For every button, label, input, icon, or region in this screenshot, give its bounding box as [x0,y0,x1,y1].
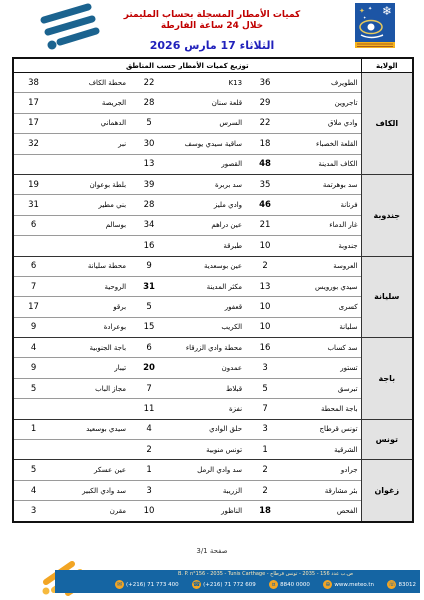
station-name-cell: سد بوهرتمة [285,174,361,194]
rain-value-cell: 7 [129,378,169,398]
station-name-cell: برقو [53,297,129,317]
rain-value-cell: 32 [13,134,53,154]
station-name-cell: سد بربرة [169,174,245,194]
station-name-cell: القلعة الخصباء [285,134,361,154]
rain-value-cell: 30 [129,134,169,154]
station-name-cell [53,154,129,174]
table-row: تستور3عمدون20تيبار9 [13,358,413,378]
table-row: سليانة10الكريب15بوعرادة9 [13,317,413,337]
footer-contact-items: ✉(+216) 71 773 400☎(+216) 71 772 609¤884… [115,580,416,589]
rain-value-cell: 10 [129,501,169,522]
station-name-cell: تاجروين [285,93,361,113]
station-name-cell: كسرى [285,297,361,317]
table-row: سيدي بورويس13مكثر المدينة31الروحية7 [13,276,413,296]
rain-value-cell: 34 [129,215,169,235]
station-name-cell: غار الدماء [285,215,361,235]
rain-value-cell: 18 [245,501,285,522]
rainfall-report-page: كميات الأمطار المسجلة بحساب المليمتر خلا… [0,0,424,600]
sms-icon: ☏ [387,580,396,589]
station-name-cell: محطة وادي الزرقاء [169,338,245,358]
rain-value-cell: 46 [245,195,285,215]
footer-contact-label: www.meteo.tn [334,582,374,588]
station-name-cell: طبرقة [169,236,245,256]
station-name-cell: سيدي بورويس [285,276,361,296]
station-name-cell: بئر مشارقة [285,480,361,500]
station-name-cell: الطويرف [285,73,361,93]
rain-value-cell: 5 [13,378,53,398]
rain-value-cell: 18 [245,134,285,154]
rain-value-cell: 6 [13,215,53,235]
footer-address: B. P. n°156 - 2035 - Tunis Carthage - ص.… [115,571,416,578]
svg-text:❄: ❄ [382,4,392,18]
rain-table-body: الكافالطويرف36K1322محطة الكاف38تاجروين29… [13,73,413,522]
rain-value-cell: 3 [245,358,285,378]
table-row: غار الدماء21عين دراهم34بوسالم6 [13,215,413,235]
rain-value-cell: 39 [129,174,169,194]
station-name-cell: الروحية [53,276,129,296]
phone-icon: ☎ [192,580,201,589]
station-name-cell: السرس [169,113,245,133]
footer-contact-item: ✉(+216) 71 773 400 [115,580,179,589]
rain-value-cell: 9 [129,256,169,276]
table-row: فرنانة46وادي مليز28بني مطير31 [13,195,413,215]
rain-value-cell: 35 [245,174,285,194]
payment-icon: ¤ [269,580,278,589]
rain-value-cell: 1 [129,460,169,480]
table-row: باجة المحطة7نفزة11 [13,399,413,419]
table-row: الكاف المدينة48القصور13 [13,154,413,174]
table-row: كسرى10قعفور5برقو17 [13,297,413,317]
table-row: تبرسق5قبلاط7مجاز الباب5 [13,378,413,398]
station-name-cell: قلعة سنان [169,93,245,113]
station-name-cell: وادي مليز [169,195,245,215]
rain-value-cell: 10 [245,317,285,337]
station-name-cell: جندوبة [285,236,361,256]
station-name-cell: بوعرادة [53,317,129,337]
station-name-cell: الجريصة [53,93,129,113]
footer-contact-label: (+216) 71 773 400 [126,582,179,588]
globe-icon: ⊕ [323,580,332,589]
station-name-cell: القصور [169,154,245,174]
table-row: الشرقية1تونس منوبية2 [13,440,413,460]
mail-icon: ✉ [115,580,124,589]
rain-value-cell: 13 [129,154,169,174]
rain-value-cell: 22 [245,113,285,133]
station-name-cell: تيبار [53,358,129,378]
station-name-cell: تونس منوبية [169,440,245,460]
station-name-cell: قعفور [169,297,245,317]
rain-value-cell: 1 [245,440,285,460]
station-name-cell: فرنانة [285,195,361,215]
station-name-cell: تبرسق [285,378,361,398]
inm-emblem-icon: ❄ ✦ ✦ ✦ [355,3,395,53]
station-name-cell: تستور [285,358,361,378]
rain-value-cell [13,399,53,419]
footer-contact-item: ☏83012 [387,580,416,589]
rain-value-cell: 29 [245,93,285,113]
rain-value-cell: 4 [13,480,53,500]
table-row: سليانةالعروسة2عين بوسعدية9محطة سليانة6 [13,256,413,276]
footer-contact-item: ¤8840 0000 [269,580,310,589]
table-row: الكافالطويرف36K1322محطة الكاف38 [13,73,413,93]
station-name-cell: محطة سليانة [53,256,129,276]
table-row: باجةسد كساب16محطة وادي الزرقاء6باجة الجن… [13,338,413,358]
footer-contact-item: ☎(+216) 71 772 609 [192,580,256,589]
rain-value-cell: 21 [245,215,285,235]
rain-value-cell: 6 [129,338,169,358]
rain-value-cell: 3 [129,480,169,500]
rain-value-cell: 13 [245,276,285,296]
governorate-cell: باجة [361,338,413,420]
station-name-cell: الكريب [169,317,245,337]
footer-contact-label: (+216) 71 772 609 [203,582,256,588]
station-name-cell: سد وادي الكبير [53,480,129,500]
rain-value-cell: 5 [13,460,53,480]
station-name-cell: باجة المحطة [285,399,361,419]
table-row: تونستونس قرطاج3حلق الوادي4سيدي بوسعيد1 [13,419,413,439]
station-name-cell: الشرقية [285,440,361,460]
station-name-cell: سيدي بوسعيد [53,419,129,439]
rain-value-cell [13,154,53,174]
rain-value-cell: 17 [13,297,53,317]
rain-value-cell: 1 [13,419,53,439]
station-name-cell: K13 [169,73,245,93]
station-name-cell: تونس قرطاج [285,419,361,439]
rain-value-cell: 22 [129,73,169,93]
rain-value-cell: 17 [13,113,53,133]
rain-value-cell: 20 [129,358,169,378]
station-name-cell: مجاز الباب [53,378,129,398]
station-name-cell: بني مطير [53,195,129,215]
rain-value-cell: 38 [13,73,53,93]
station-name-cell: ساقية سيدي يوسف [169,134,245,154]
station-name-cell: عين بوسعدية [169,256,245,276]
station-name-cell: الكاف المدينة [285,154,361,174]
table-row: القلعة الخصباء18ساقية سيدي يوسف30نبر32 [13,134,413,154]
rain-value-cell: 3 [13,501,53,522]
rain-value-cell: 7 [245,399,285,419]
station-name-cell: الفحص [285,501,361,522]
rain-value-cell: 2 [245,460,285,480]
table-row: جندوبةسد بوهرتمة35سد بربرة39بلطة بوعوان1… [13,174,413,194]
rain-value-cell: 6 [13,256,53,276]
station-name-cell [53,399,129,419]
rain-value-cell: 10 [245,297,285,317]
station-name-cell: سد كساب [285,338,361,358]
svg-text:✦: ✦ [368,6,372,12]
station-name-cell: الزريبة [169,480,245,500]
station-name-cell: باجة الجنوبية [53,338,129,358]
table-row: زغوانجرادو2سد وادي الرمل1عين عسكر5 [13,460,413,480]
station-name-cell: العروسة [285,256,361,276]
footer-contact-item: ⊕www.meteo.tn [323,580,374,589]
station-name-cell: مقرن [53,501,129,522]
station-name-cell: نفزة [169,399,245,419]
table-row: وادي ملاق22السرس5الدهماني17 [13,113,413,133]
station-name-cell: عين دراهم [169,215,245,235]
table-row: جندوبة10طبرقة16 [13,236,413,256]
station-name-cell: حلق الوادي [169,419,245,439]
table-row: الفحص18الناظور10مقرن3 [13,501,413,522]
station-name-cell [53,440,129,460]
rain-value-cell: 11 [129,399,169,419]
rain-value-cell: 4 [129,419,169,439]
rain-value-cell: 2 [129,440,169,460]
rain-value-cell: 28 [129,93,169,113]
rain-value-cell: 16 [129,236,169,256]
governorate-cell: الكاف [361,73,413,175]
rain-table: الولاية توزيع كميات الأمطار حسب المناطق … [12,57,414,523]
governorate-cell: جندوبة [361,174,413,256]
rain-value-cell: 10 [245,236,285,256]
rain-value-cell: 3 [245,419,285,439]
station-name-cell: الناظور [169,501,245,522]
rain-value-cell: 48 [245,154,285,174]
table-row: تاجروين29قلعة سنان28الجريصة17 [13,93,413,113]
governorate-column-header: الولاية [361,58,413,73]
footer-contact-label: 83012 [398,582,416,588]
governorate-cell: سليانة [361,256,413,338]
governorate-cell: زغوان [361,460,413,522]
rain-value-cell: 36 [245,73,285,93]
rain-value-cell: 5 [245,378,285,398]
governorate-cell: تونس [361,419,413,460]
table-row: بئر مشارقة2الزريبة3سد وادي الكبير4 [13,480,413,500]
station-name-cell: الدهماني [53,113,129,133]
station-name-cell: بلطة بوعوان [53,174,129,194]
footer-bar: B. P. n°156 - 2035 - Tunis Carthage - ص.… [55,570,420,593]
station-name-cell: مكثر المدينة [169,276,245,296]
distribution-column-header: توزيع كميات الأمطار حسب المناطق [13,58,361,73]
rain-value-cell: 16 [245,338,285,358]
page-number: صفحة 3/1 [0,547,424,555]
rain-value-cell: 7 [13,276,53,296]
rain-value-cell: 31 [13,195,53,215]
footer-contact-label: 8840 0000 [280,582,310,588]
station-name-cell: جرادو [285,460,361,480]
station-name-cell: قبلاط [169,378,245,398]
rain-value-cell: 31 [129,276,169,296]
station-name-cell: سد وادي الرمل [169,460,245,480]
rain-value-cell: 19 [13,174,53,194]
svg-text:✦: ✦ [359,7,365,15]
station-name-cell: بوسالم [53,215,129,235]
rain-value-cell: 2 [245,480,285,500]
rain-value-cell: 9 [13,317,53,337]
rain-value-cell: 28 [129,195,169,215]
rain-value-cell: 17 [13,93,53,113]
rain-value-cell: 9 [13,358,53,378]
rain-value-cell [13,440,53,460]
rain-value-cell: 4 [13,338,53,358]
station-name-cell: عمدون [169,358,245,378]
station-name-cell: وادي ملاق [285,113,361,133]
station-name-cell: سليانة [285,317,361,337]
station-name-cell [53,236,129,256]
rain-value-cell [13,236,53,256]
rain-value-cell: 5 [129,113,169,133]
station-name-cell: نبر [53,134,129,154]
rain-value-cell: 2 [245,256,285,276]
rain-value-cell: 15 [129,317,169,337]
rain-value-cell: 5 [129,297,169,317]
station-name-cell: محطة الكاف [53,73,129,93]
station-name-cell: عين عسكر [53,460,129,480]
